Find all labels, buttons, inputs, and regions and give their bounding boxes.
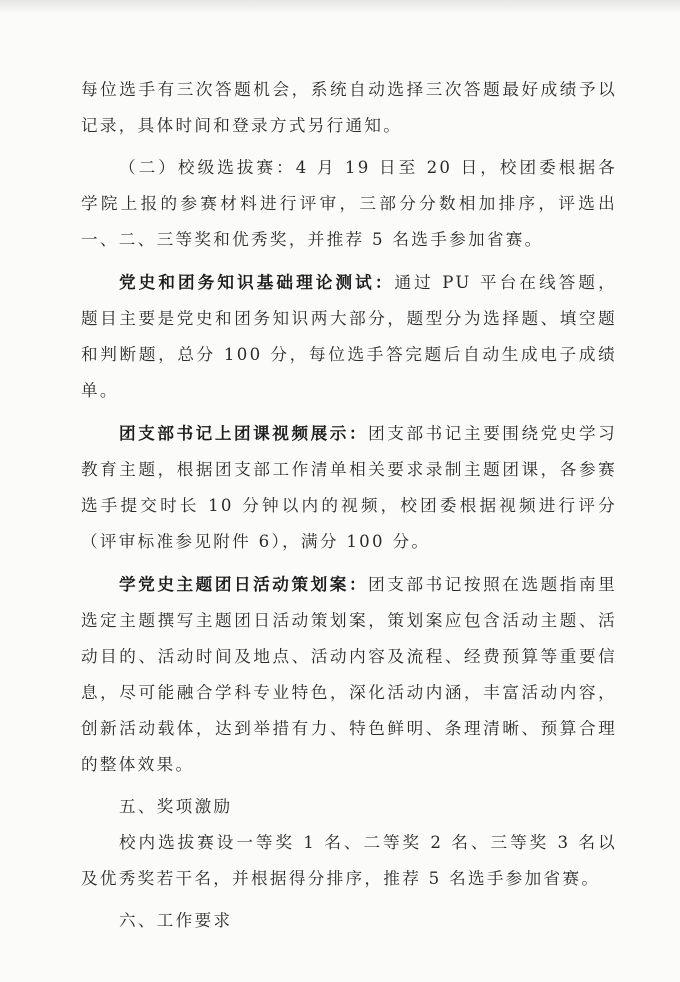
video-lecture-text: 团支部书记主要围绕党史学习教育主题，根据团支部工作清单相关要求录制主题团课，各参… <box>81 424 617 551</box>
section-heading-awards: 五、奖项激励 <box>81 789 617 825</box>
document-body: 每位选手有三次答题机会，系统自动选择三次答题最好成绩予以记录，具体时间和登录方式… <box>81 72 617 939</box>
video-lecture-label: 团支部书记上团课视频展示： <box>119 423 368 443</box>
section-heading-work-requirements: 六、工作要求 <box>81 903 617 939</box>
paragraph-answer-attempts: 每位选手有三次答题机会，系统自动选择三次答题最好成绩予以记录，具体时间和登录方式… <box>81 72 617 144</box>
activity-plan-text: 团支部书记按照在选题指南里选定主题撰写主题团日活动策划案，策划案应包含活动主题、… <box>81 575 617 774</box>
paragraph-theory-test: 党史和团务知识基础理论测试：通过 PU 平台在线答题，题目主要是党史和团务知识两… <box>81 264 617 409</box>
paragraph-activity-plan: 学党史主题团日活动策划案：团支部书记按照在选题指南里选定主题撰写主题团日活动策划… <box>81 566 617 783</box>
theory-test-label: 党史和团务知识基础理论测试： <box>119 272 395 292</box>
theory-test-text: 通过 PU 平台在线答题，题目主要是党史和团务知识两大部分，题型分为选择题、填空… <box>81 273 617 400</box>
scan-edge-shadow <box>0 0 680 14</box>
paragraph-video-lecture: 团支部书记上团课视频展示：团支部书记主要围绕党史学习教育主题，根据团支部工作清单… <box>81 415 617 560</box>
paragraph-awards: 校内选拔赛设一等奖 1 名、二等奖 2 名、三等奖 3 名以及优秀奖若干名，并根… <box>81 825 617 897</box>
activity-plan-label: 学党史主题团日活动策划案： <box>119 574 368 594</box>
paragraph-school-selection: （二）校级选拔赛：4 月 19 日至 20 日，校团委根据各学院上报的参赛材料进… <box>81 150 617 258</box>
